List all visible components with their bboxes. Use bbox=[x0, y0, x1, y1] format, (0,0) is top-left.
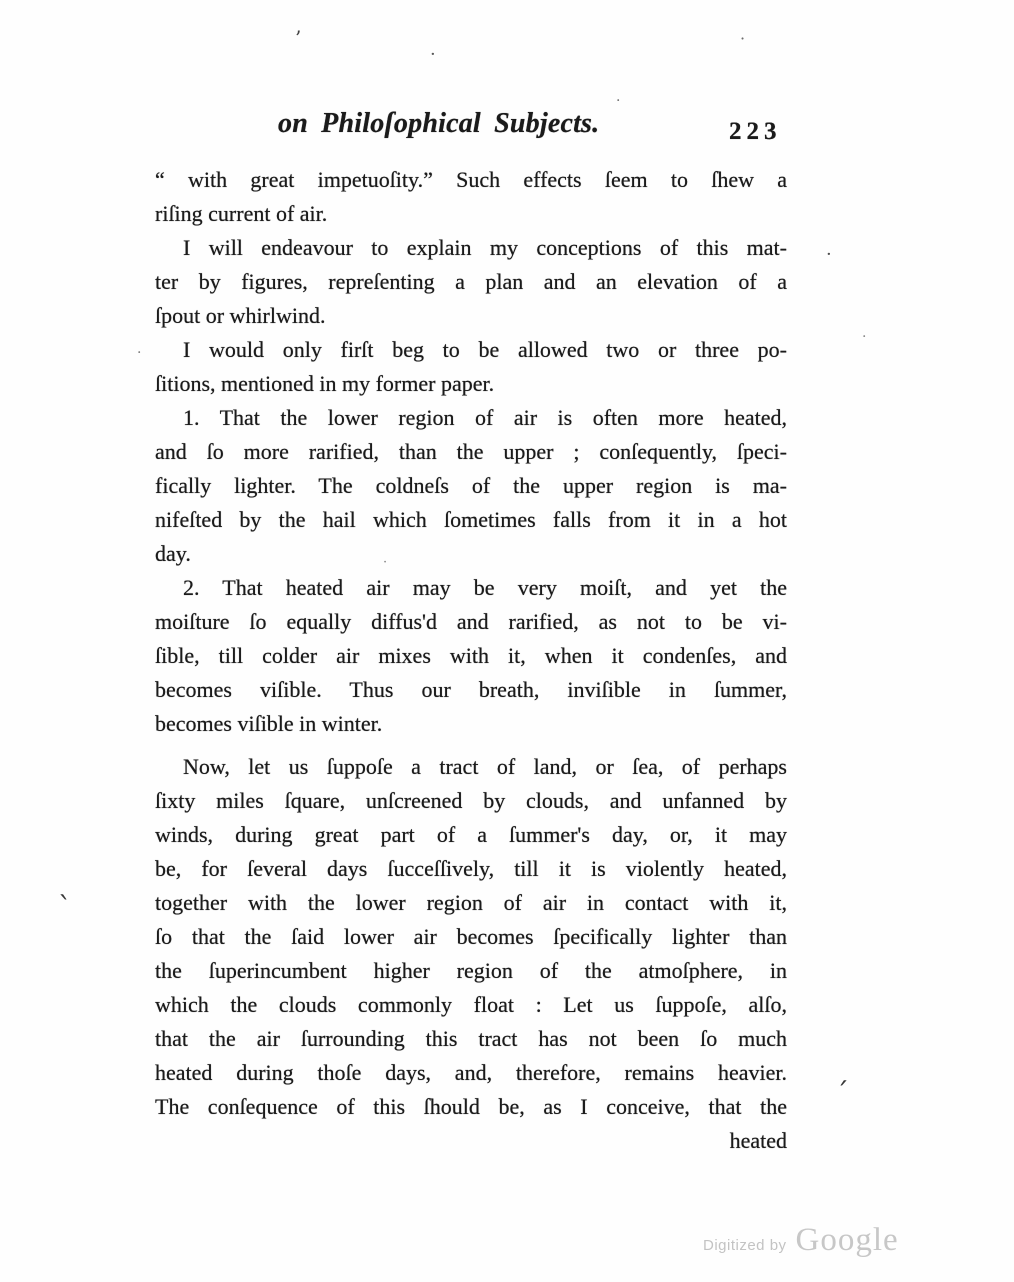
text-line: day. bbox=[155, 537, 787, 571]
text-block: “ with great impetuoſity.” Such effects … bbox=[155, 163, 787, 1158]
google-logo: Google bbox=[796, 1222, 899, 1259]
scan-speck: · bbox=[137, 346, 141, 360]
page-number: 223 bbox=[729, 118, 782, 146]
text-line: “ with great impetuoſity.” Such effects … bbox=[155, 163, 787, 197]
text-line: 2. That heated air may be very moiſt, an… bbox=[155, 571, 787, 605]
text-line: the ſuperincumbent higher region of the … bbox=[155, 954, 787, 988]
text-line: heated during thoſe days, and, therefore… bbox=[155, 1056, 787, 1090]
scan-speck: · bbox=[862, 330, 866, 344]
text-line: ſixty miles ſquare, unſcreened by clouds… bbox=[155, 784, 787, 818]
paragraph: 2. That heated air may be very moiſt, an… bbox=[155, 571, 787, 741]
text-line: riſing current of air. bbox=[155, 197, 787, 231]
text-line: becomes viſible. Thus our breath, inviſi… bbox=[155, 673, 787, 707]
text-line: that the air ſurrounding this tract has … bbox=[155, 1022, 787, 1056]
watermark-prefix: Digitized by bbox=[703, 1237, 787, 1254]
paragraph: Now, let us ſuppoſe a tract of land, or … bbox=[155, 750, 787, 1124]
text-line: becomes viſible in winter. bbox=[155, 707, 787, 741]
scan-speck: ˊ bbox=[835, 1080, 849, 1108]
text-line: 1. That the lower region of air is often… bbox=[155, 401, 787, 435]
scanned-book-page: on Philoſophical Subjects. 223 “ with gr… bbox=[0, 0, 1014, 1282]
paragraph: I will endeavour to explain my conceptio… bbox=[155, 231, 787, 333]
text-line: ter by figures, repreſenting a plan and … bbox=[155, 265, 787, 299]
text-line: ſo that the ſaid lower air becomes ſpeci… bbox=[155, 920, 787, 954]
text-line: The conſequence of this ſhould be, as I … bbox=[155, 1090, 787, 1124]
text-line: ſpout or whirlwind. bbox=[155, 299, 787, 333]
page-header: on Philoſophical Subjects. 223 bbox=[0, 0, 1014, 160]
text-line: which the clouds commonly float : Let us… bbox=[155, 988, 787, 1022]
text-line: be, for ſeveral days ſucceſſively, till … bbox=[155, 852, 787, 886]
paragraph: I would only firſt beg to be allowed two… bbox=[155, 333, 787, 401]
text-line: ſitions, mentioned in my former paper. bbox=[155, 367, 787, 401]
text-line: ſible, till colder air mixes with it, wh… bbox=[155, 639, 787, 673]
text-line: and ſo more rarified, than the upper ; c… bbox=[155, 435, 787, 469]
text-line: together with the lower region of air in… bbox=[155, 886, 787, 920]
text-line: I will endeavour to explain my conceptio… bbox=[155, 231, 787, 265]
paragraph: “ with great impetuoſity.” Such effects … bbox=[155, 163, 787, 231]
text-line: fically lighter. The coldneſs of the upp… bbox=[155, 469, 787, 503]
scan-speck: ˋ bbox=[58, 894, 72, 922]
text-line: winds, during great part of a ſummer's d… bbox=[155, 818, 787, 852]
catchword: heated bbox=[155, 1124, 787, 1158]
paragraph: 1. That the lower region of air is often… bbox=[155, 401, 787, 571]
text-line: Now, let us ſuppoſe a tract of land, or … bbox=[155, 750, 787, 784]
text-line: nifeſted by the hail which ſometimes fal… bbox=[155, 503, 787, 537]
scan-speck: · bbox=[826, 246, 832, 264]
text-line: I would only firſt beg to be allowed two… bbox=[155, 333, 787, 367]
page-title: on Philoſophical Subjects. bbox=[278, 108, 599, 140]
watermark: Digitized by Google bbox=[703, 1222, 899, 1259]
text-line: moiſture ſo equally diffus'd and rarifie… bbox=[155, 605, 787, 639]
